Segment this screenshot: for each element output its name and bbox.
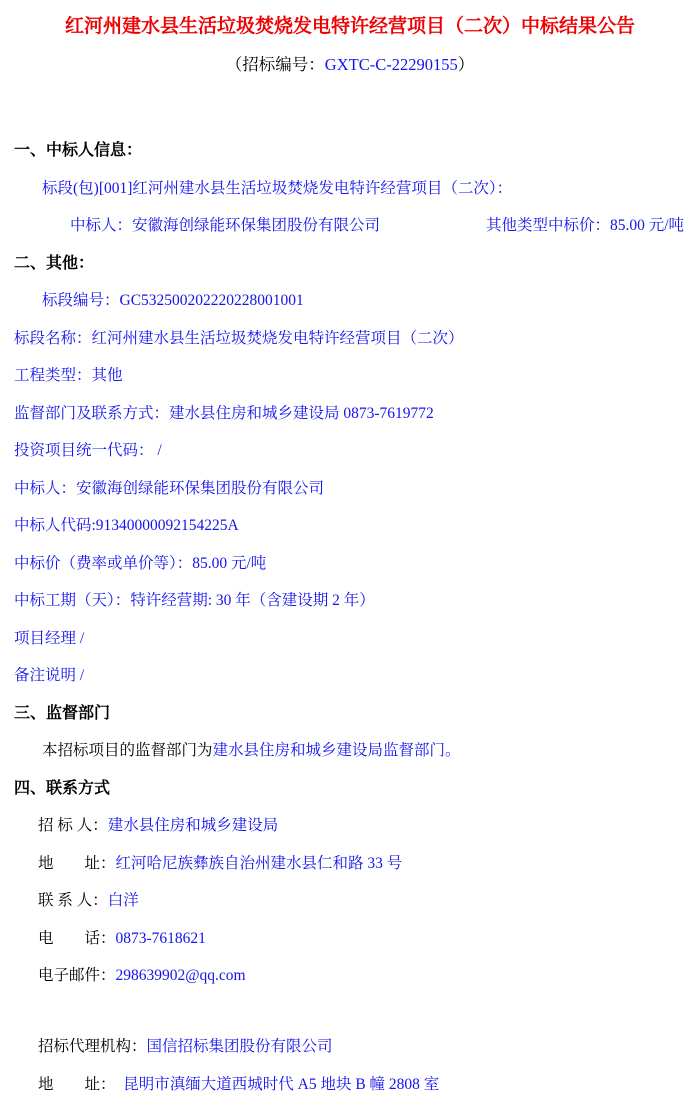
supervision-department: 建水县住房和城乡建设局监督部门。 bbox=[213, 742, 461, 759]
detail-line-supervision-contact: 监督部门及联系方式：建水县住房和城乡建设局 0873-7619772 bbox=[14, 403, 686, 424]
agency-value: 国信招标集团股份有限公司 bbox=[147, 1038, 333, 1055]
contact-label: 电子邮件： bbox=[38, 967, 116, 984]
page-subtitle: （招标编号：GXTC-C-22290155） bbox=[14, 54, 686, 76]
agency-label: 地 址： bbox=[38, 1076, 108, 1093]
agency-row-address: 地 址： 昆明市滇缅大道西城时代 A5 地块 B 幢 2808 室 bbox=[14, 1074, 686, 1095]
contact-row-phone: 电 话：0873-7618621 bbox=[14, 928, 686, 949]
contact-row-address: 地 址：红河哈尼族彝族自治州建水县仁和路 33 号 bbox=[14, 853, 686, 874]
winner-price-line: 中标人：安徽海创绿能环保集团股份有限公司其他类型中标价：85.00 元/吨 bbox=[14, 215, 686, 236]
agency-label: 招标代理机构： bbox=[38, 1038, 147, 1055]
detail-line-lot-number: 标段编号：GC532500202220228001001 bbox=[14, 290, 686, 311]
winner-line: 中标人：安徽海创绿能环保集团股份有限公司 bbox=[14, 215, 380, 236]
detail-line-duration: 中标工期（天）：特许经营期: 30 年（含建设期 2 年） bbox=[14, 590, 686, 611]
page-title: 红河州建水县生活垃圾焚烧发电特许经营项目（二次）中标结果公告 bbox=[14, 14, 686, 40]
tender-number: GXTC-C-22290155 bbox=[325, 55, 458, 74]
agency-block: 招标代理机构：国信招标集团股份有限公司 地 址： 昆明市滇缅大道西城时代 A5 … bbox=[14, 1036, 686, 1095]
contact-label: 联 系 人： bbox=[38, 892, 108, 909]
detail-line-project-manager: 项目经理 / bbox=[14, 628, 686, 649]
detail-line-bid-price: 中标价（费率或单价等）：85.00 元/吨 bbox=[14, 553, 686, 574]
contact-row-email: 电子邮件：298639902@qq.com bbox=[14, 965, 686, 986]
section-1-heading: 一、中标人信息： bbox=[14, 140, 686, 161]
contact-label: 电 话： bbox=[38, 930, 116, 947]
detail-line-remarks: 备注说明 / bbox=[14, 665, 686, 686]
agency-row-name: 招标代理机构：国信招标集团股份有限公司 bbox=[14, 1036, 686, 1057]
contact-label: 地 址： bbox=[38, 855, 116, 872]
section-2-heading: 二、其他： bbox=[14, 253, 686, 274]
contact-value: 红河哈尼族彝族自治州建水县仁和路 33 号 bbox=[116, 855, 403, 872]
contact-value: 建水县住房和城乡建设局 bbox=[108, 817, 279, 834]
detail-line-project-type: 工程类型：其他 bbox=[14, 365, 686, 386]
section-4-heading: 四、联系方式 bbox=[14, 778, 686, 799]
other-type-price: 其他类型中标价：85.00 元/吨 bbox=[486, 215, 684, 236]
contact-row-person: 联 系 人：白洋 bbox=[14, 890, 686, 911]
detail-line-winner-code: 中标人代码:91340000092154225A bbox=[14, 515, 686, 536]
supervision-prefix: 本招标项目的监督部门为 bbox=[42, 742, 213, 759]
detail-line-winner: 中标人：安徽海创绿能环保集团股份有限公司 bbox=[14, 478, 686, 499]
contact-value: 0873-7618621 bbox=[116, 930, 206, 947]
contact-row-tenderer: 招 标 人：建水县住房和城乡建设局 bbox=[14, 815, 686, 836]
contact-value: 白洋 bbox=[108, 892, 139, 909]
section-3-heading: 三、监督部门 bbox=[14, 703, 686, 724]
subtitle-suffix: ） bbox=[458, 55, 475, 74]
contact-value: 298639902@qq.com bbox=[116, 967, 246, 984]
supervision-sentence: 本招标项目的监督部门为建水县住房和城乡建设局监督部门。 bbox=[14, 740, 686, 761]
subtitle-prefix: （招标编号： bbox=[226, 55, 325, 74]
detail-line-investment-code: 投资项目统一代码： / bbox=[14, 440, 686, 461]
agency-value: 昆明市滇缅大道西城时代 A5 地块 B 幢 2808 室 bbox=[108, 1076, 440, 1093]
announcement-document: 红河州建水县生活垃圾焚烧发电特许经营项目（二次）中标结果公告 （招标编号：GXT… bbox=[0, 0, 690, 1095]
detail-line-lot-name: 标段名称：红河州建水县生活垃圾焚烧发电特许经营项目（二次） bbox=[14, 328, 686, 349]
contact-label: 招 标 人： bbox=[38, 817, 108, 834]
lot-line: 标段(包)[001]红河州建水县生活垃圾焚烧发电特许经营项目（二次）： bbox=[14, 178, 686, 199]
